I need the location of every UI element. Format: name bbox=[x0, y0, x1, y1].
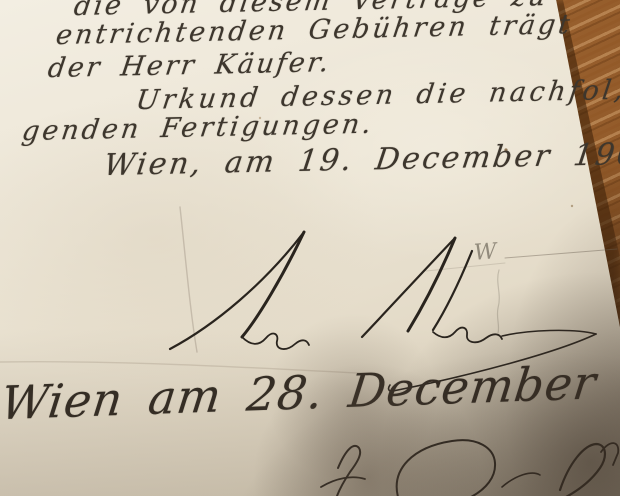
handwritten-line-5: genden Fertigungen. bbox=[20, 111, 375, 145]
handwritten-line-3: der Herr Käufer. bbox=[46, 49, 332, 82]
photo-of-document: die von diesem Vertrage zu entrichtenden… bbox=[0, 0, 620, 496]
pencil-annotation: W bbox=[473, 241, 497, 265]
